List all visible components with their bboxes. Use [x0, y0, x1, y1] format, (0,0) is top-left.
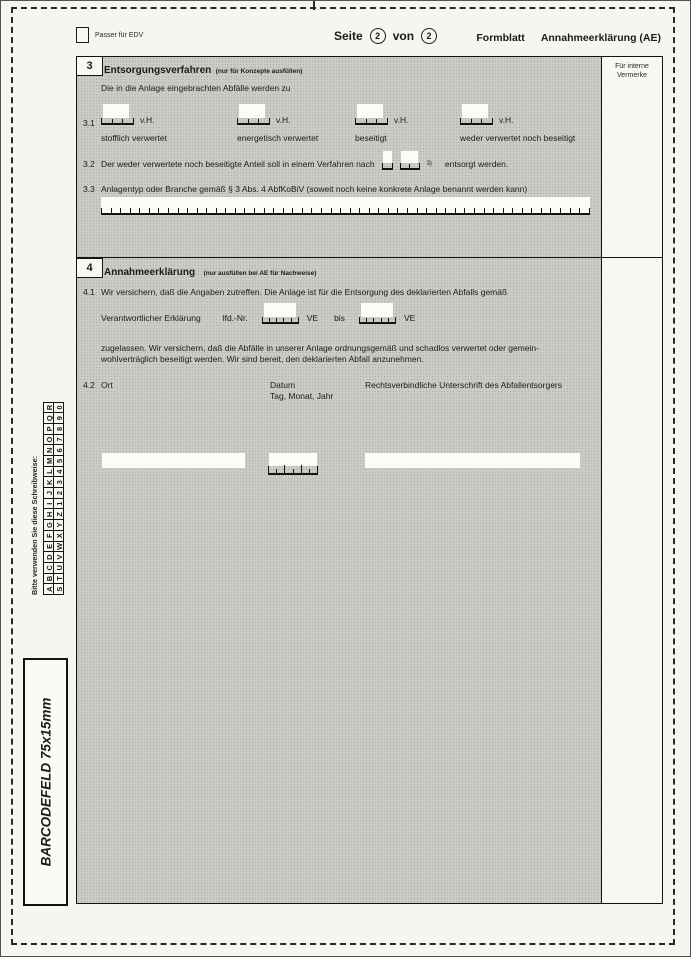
item-4-2-number: 4.2: [83, 380, 95, 390]
page-number-badge: 2: [370, 28, 386, 44]
handwriting-guide: Bitte verwenden Sie diese Schreibweise: …: [30, 373, 68, 595]
alphabet-cell: 6: [53, 444, 64, 456]
item-3-2-text-after: entsorgt werden.: [445, 159, 508, 170]
footnote-marker: 3): [427, 161, 432, 167]
passer-group: Passer für EDV: [76, 27, 143, 43]
item-3-3-label: Anlagentyp oder Branche gemäß § 3 Abs. 4…: [101, 184, 527, 195]
ort-label: Ort: [101, 380, 113, 391]
passer-checkbox[interactable]: [76, 27, 89, 43]
formblatt-label: Formblatt: [476, 32, 524, 44]
ve-label-2: VE: [404, 313, 415, 324]
alphabet-cell: 4: [53, 466, 64, 478]
percent-group-beseitigt: v.H. beseitigt: [355, 104, 408, 144]
percent-input-energetisch[interactable]: [237, 104, 270, 125]
section-4-header: Annahmeerklärung (nur ausfüllen bei AE f…: [104, 262, 316, 280]
option-label-weder: weder verwertet noch beseitigt: [460, 133, 575, 144]
alphabet-row-2: STUVWXYZ1234567890: [53, 373, 63, 595]
item-4-1-line1: Wir versichern, daß die Angaben zutreffe…: [101, 287, 591, 298]
unterschrift-input[interactable]: [365, 453, 580, 468]
alphabet-cell: T: [53, 573, 64, 585]
section-4-title: Annahmeerklärung: [104, 267, 195, 278]
erklaerung-label: Verantwortlicher Erklärung: [101, 313, 201, 324]
alphabet-row-1: ABCDEFGHIJKLMNOPQR: [43, 373, 53, 595]
alphabet-cell: 8: [53, 423, 64, 435]
section-divider: [77, 257, 662, 258]
alphabet-cell: U: [53, 562, 64, 574]
alphabet-cell: W: [53, 541, 64, 553]
internal-notes-label: Für interne Vermerke: [602, 62, 662, 81]
alphabet-cell: Z: [53, 509, 64, 521]
page-indicator: Seite 2 von 2: [334, 28, 437, 44]
alphabet-cell: V: [53, 551, 64, 563]
datum-input[interactable]: [268, 453, 318, 475]
ve-to-input[interactable]: [359, 303, 396, 324]
alphabet-cell: 9: [53, 412, 64, 424]
item-3-2-text: Der weder verwertete noch beseitigte Ant…: [101, 159, 375, 170]
alphabet-cell: 7: [53, 434, 64, 446]
percent-input-stofflich[interactable]: [101, 104, 134, 125]
item-4-1-paragraph: zugelassen. Wir versichern, daß die Abfä…: [101, 343, 593, 365]
alphabet-cell: 3: [53, 476, 64, 488]
section-3-number-box: 3: [76, 56, 103, 76]
verfahren-code-input[interactable]: [382, 151, 393, 170]
section-3-header: Entsorgungsverfahren (nur für Konzepte a…: [104, 60, 302, 78]
section-4-subtitle: (nur ausfüllen bei AE für Nachweise): [204, 270, 317, 277]
item-4-1-number: 4.1: [83, 287, 95, 297]
handwriting-instruction: Bitte verwenden Sie diese Schreibweise:: [30, 373, 39, 595]
percent-input-weder[interactable]: [460, 104, 493, 125]
alphabet-cell: Y: [53, 519, 64, 531]
ve-label: VE: [307, 313, 318, 324]
ve-from-input[interactable]: [262, 303, 299, 324]
unterschrift-label: Rechtsverbindliche Unterschrift des Abfa…: [365, 380, 595, 391]
alphabet-cell: 5: [53, 455, 64, 467]
section-3-subtitle: (nur für Konzepte ausfüllen): [216, 68, 303, 75]
vh-label-4: v.H.: [499, 115, 513, 125]
item-3-3-number: 3.3: [83, 184, 95, 194]
option-label-stofflich: stofflich verwertet: [101, 133, 167, 144]
verfahren-number-input[interactable]: [400, 151, 420, 170]
ort-input[interactable]: [102, 453, 245, 468]
item-3-2-number: 3.2: [83, 159, 95, 169]
item-3-2-row: Der weder verwertete noch beseitigte Ant…: [101, 151, 591, 170]
passer-label: Passer für EDV: [95, 32, 143, 39]
alphabet-cell: 0: [53, 402, 64, 414]
section-3-title: Entsorgungsverfahren: [104, 65, 211, 76]
percent-input-beseitigt[interactable]: [355, 104, 388, 125]
lfdnr-label: lfd.-Nr.: [223, 313, 248, 324]
seite-label: Seite: [334, 29, 363, 43]
von-label: von: [393, 29, 414, 43]
crop-mark-icon: [313, 1, 315, 10]
barcode-label: BARCODEFELD 75x15mm: [38, 698, 53, 867]
bis-label: bis: [334, 313, 345, 324]
ve-range-row: Verantwortlicher Erklärung lfd.-Nr. VE b…: [101, 303, 415, 324]
item-3-1-intro: Die in die Anlage eingebrachten Abfälle …: [101, 83, 291, 94]
option-label-energetisch: energetisch verwertet: [237, 133, 318, 144]
formblatt-header: Formblatt Annahmeerklärung (AE): [476, 32, 661, 44]
alphabet-cell: X: [53, 530, 64, 542]
alphabet-cell: 2: [53, 487, 64, 499]
percent-group-weder: v.H. weder verwertet noch beseitigt: [460, 104, 575, 144]
percent-group-energetisch: v.H. energetisch verwertet: [237, 104, 318, 144]
alphabet-cell: S: [53, 583, 64, 595]
vh-label-3: v.H.: [394, 115, 408, 125]
form-page: Passer für EDV Seite 2 von 2 Formblatt A…: [0, 0, 691, 957]
vh-label-1: v.H.: [140, 115, 154, 125]
vh-label-2: v.H.: [276, 115, 290, 125]
option-label-beseitigt: beseitigt: [355, 133, 408, 144]
internal-notes-column: Für interne Vermerke: [601, 57, 662, 903]
section-4-number-box: 4: [76, 258, 103, 278]
alphabet-cell: 1: [53, 498, 64, 510]
item-3-1-number: 3.1: [83, 118, 95, 128]
datum-label: Datum Tag, Monat, Jahr: [270, 380, 333, 402]
barcode-field: BARCODEFELD 75x15mm: [23, 658, 68, 906]
percent-group-stofflich: v.H. stofflich verwertet: [101, 104, 167, 144]
formblatt-title: Annahmeerklärung (AE): [541, 32, 661, 44]
page-total-badge: 2: [421, 28, 437, 44]
anlagentyp-input[interactable]: [101, 197, 590, 215]
